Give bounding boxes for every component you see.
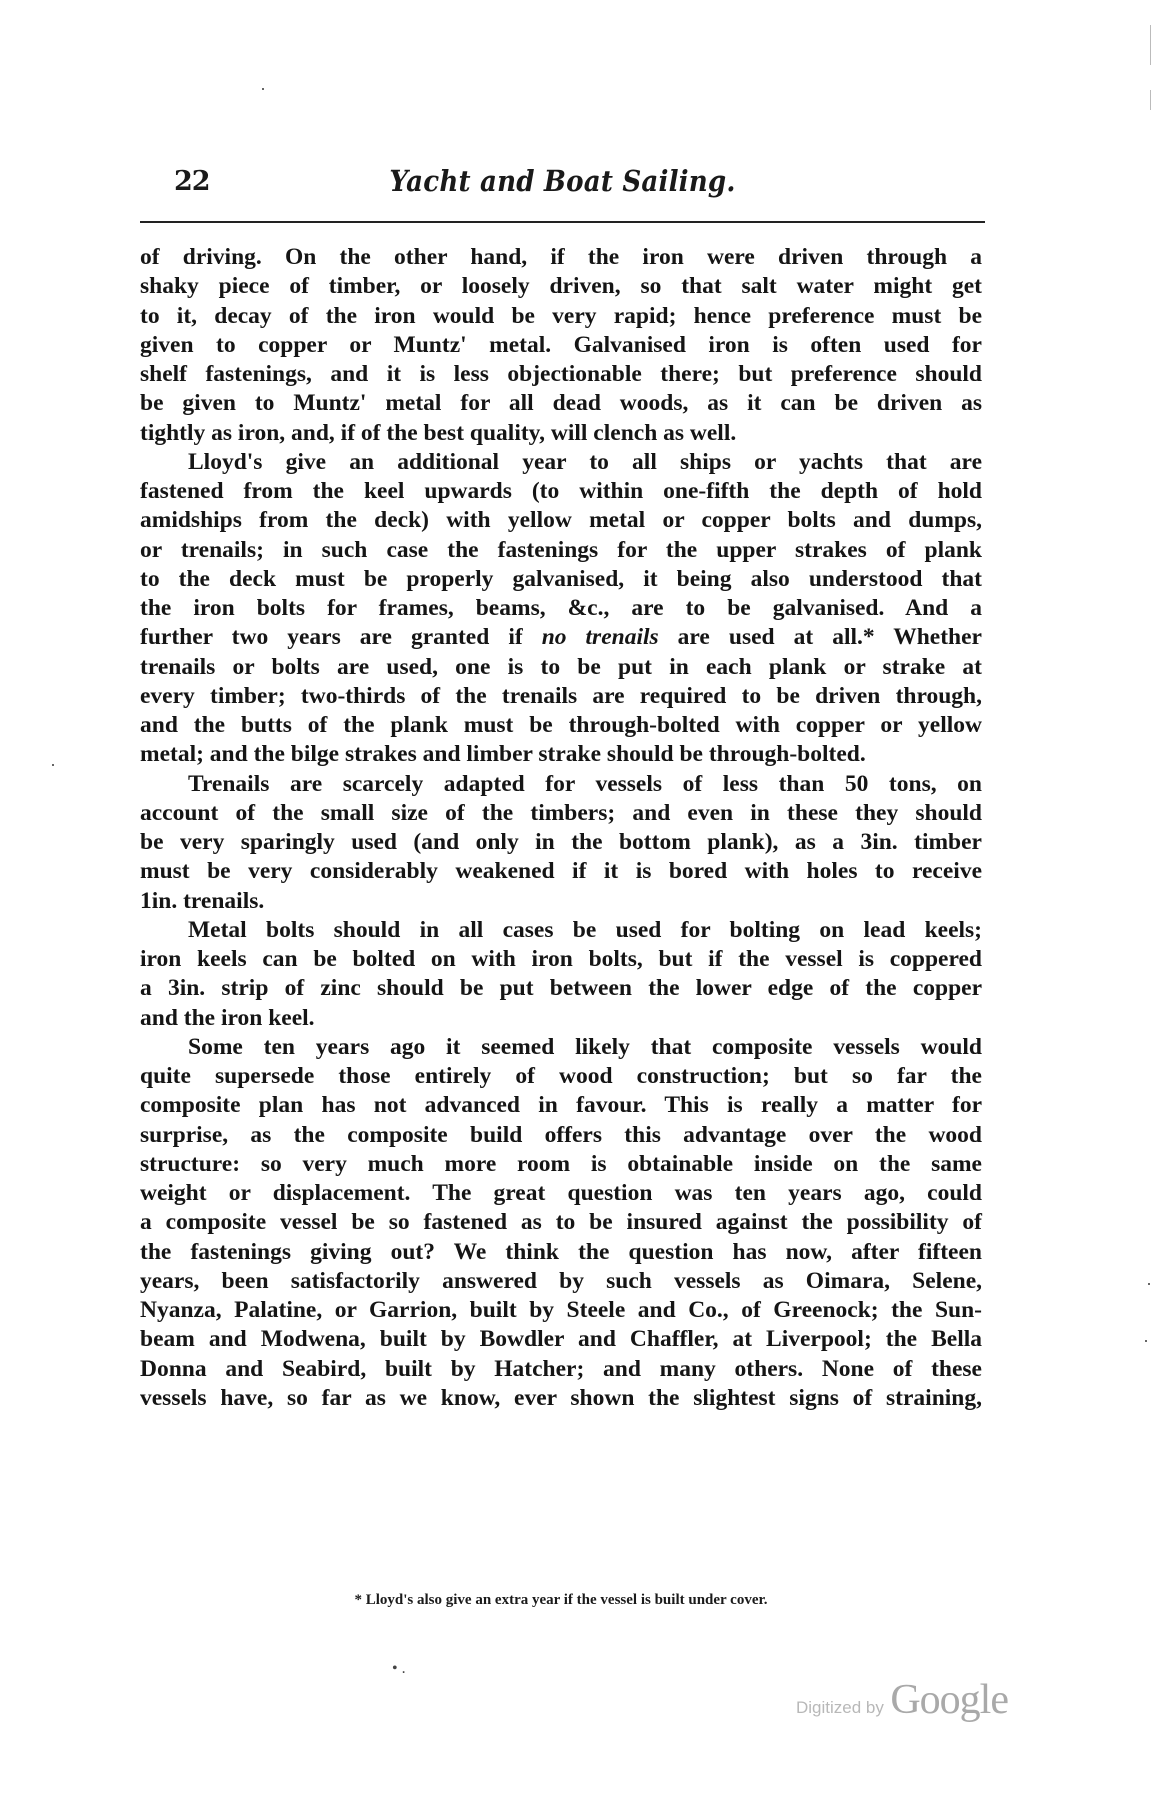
text-line: the iron bolts for frames, beams, &c., a… [140,594,982,623]
scan-edge-mark [1150,25,1151,65]
text-line: shaky piece of timber, or loosely driven… [140,272,982,301]
text-line: vessels have, so far as we know, ever sh… [140,1384,982,1413]
text-line: further two years are granted if no tren… [140,623,982,652]
book-page: 22 Yacht and Boat Sailing. of driving. O… [0,0,1153,1800]
text-line: be very sparingly used (and only in the … [140,828,982,857]
text-line: must be very considerably weakened if it… [140,857,982,886]
text-line: a composite vessel be so fastened as to … [140,1208,982,1237]
running-title: Yacht and Boat Sailing. [182,164,943,198]
scan-speck [1148,1283,1150,1285]
text-line: every timber; two-thirds of the trenails… [140,682,982,711]
text-line: the fastenings giving out? We think the … [140,1238,982,1267]
text-line: tightly as iron, and, if of the best qua… [140,419,982,448]
text-line: quite supersede those entirely of wood c… [140,1062,982,1091]
scan-edge-mark [1150,90,1151,110]
paragraph: Lloyd's give an additional year to all s… [140,448,982,770]
paragraph: Some ten years ago it seemed likely that… [140,1033,982,1413]
text-line: structure: so very much more room is obt… [140,1150,982,1179]
text-line: and the butts of the plank must be throu… [140,711,982,740]
text-line: weight or displacement. The great questi… [140,1179,982,1208]
paragraph: Metal bolts should in all cases be used … [140,916,982,1033]
text-line: Trenails are scarcely adapted for vessel… [140,770,982,799]
italic-text: no trenails [542,624,659,650]
stray-marks: • . [392,1660,406,1678]
text-line: 1in. trenails. [140,887,982,916]
text-line: metal; and the bilge strakes and limber … [140,740,982,769]
text-line: beam and Modwena, built by Bowdler and C… [140,1325,982,1354]
text-line: and the iron keel. [140,1004,982,1033]
text-line: fastened from the keel upwards (to withi… [140,477,982,506]
text-line: to the deck must be properly galvanised,… [140,565,982,594]
text-line: a 3in. strip of zinc should be put betwe… [140,974,982,1003]
paragraph: of driving. On the other hand, if the ir… [140,243,982,448]
text-line: given to copper or Muntz' metal. Galvani… [140,331,982,360]
text-line: composite plan has not advanced in favou… [140,1091,982,1120]
text-line: be given to Muntz' metal for all dead wo… [140,389,982,418]
text-line: or trenails; in such case the fastenings… [140,536,982,565]
text-line: account of the small size of the timbers… [140,799,982,828]
scan-speck [52,764,54,766]
text-line: trenails or bolts are used, one is to be… [140,653,982,682]
text-line: years, been satisfactorily answered by s… [140,1267,982,1296]
scan-speck [1145,1340,1147,1342]
google-logo-text: Google [890,1677,1008,1723]
running-head: 22 Yacht and Boat Sailing. [140,160,985,210]
paragraph: Trenails are scarcely adapted for vessel… [140,770,982,916]
text-line: Donna and Seabird, built by Hatcher; and… [140,1355,982,1384]
text-line: of driving. On the other hand, if the ir… [140,243,982,272]
text-line: Lloyd's give an additional year to all s… [140,448,982,477]
footnote: * Lloyd's also give an extra year if the… [140,1592,982,1609]
text-line: shelf fastenings, and it is less objecti… [140,360,982,389]
watermark-prefix: Digitized by [796,1698,884,1717]
text-line: to it, decay of the iron would be very r… [140,302,982,331]
text-line: Some ten years ago it seemed likely that… [140,1033,982,1062]
scan-speck [262,88,264,90]
text-line: surprise, as the composite build offers … [140,1121,982,1150]
text-line: Nyanza, Palatine, or Garrion, built by S… [140,1296,982,1325]
text-line: Metal bolts should in all cases be used … [140,916,982,945]
header-rule [140,221,985,223]
digitized-watermark: Digitized by Google [796,1676,1008,1724]
text-line: iron keels can be bolted on with iron bo… [140,945,982,974]
text-line: amidships from the deck) with yellow met… [140,506,982,535]
body-text: of driving. On the other hand, if the ir… [140,243,982,1413]
